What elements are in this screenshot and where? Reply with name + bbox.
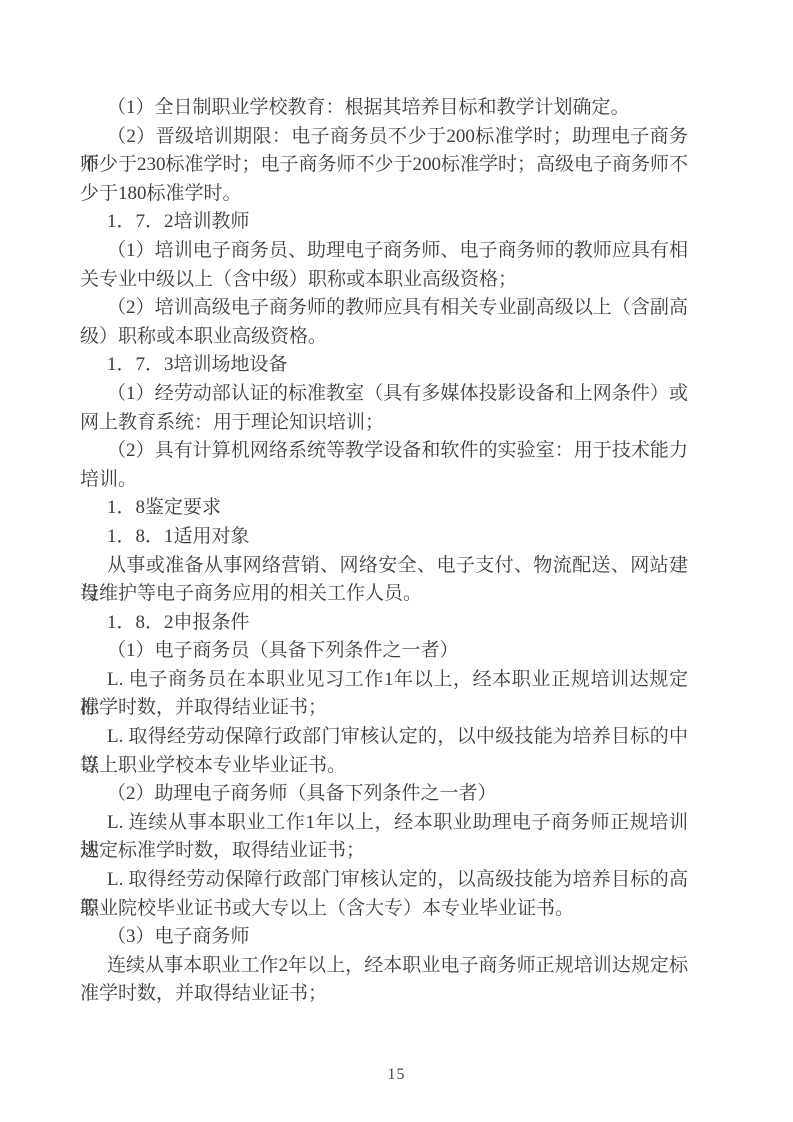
text-line: （2）晋级培训期限：电子商务员不少于200标准学时；助理电子商务师 xyxy=(80,123,688,152)
text-line: 连续从事本职业工作2年以上，经本职业电子商务师正规培训达规定标 xyxy=(80,952,688,981)
text-line: 1．7．2培训教师 xyxy=(80,208,688,237)
text-line: （1）电子商务员（具备下列条件之一者） xyxy=(80,637,688,666)
text-line: （2）助理电子商务师（具备下列条件之一者） xyxy=(80,780,688,809)
document-page: （1）全日制职业学校教育：根据其培养目标和教学计划确定。（2）晋级培训期限：电子… xyxy=(0,0,793,1122)
text-line: 关专业中级以上（含中级）职称或本职业高级资格； xyxy=(80,266,688,295)
text-line: L. 取得经劳动保障行政部门审核认定的，以高级技能为培养目标的高等 xyxy=(80,866,688,895)
text-line: 从事或准备从事网络营销、网络安全、电子支付、物流配送、网站建设 xyxy=(80,552,688,581)
text-line: 级）职称或本职业高级资格。 xyxy=(80,323,688,352)
text-line: 1．7．3培训场地设备 xyxy=(80,351,688,380)
text-line: 不少于230标准学时；电子商务师不少于200标准学时；高级电子商务师不 xyxy=(80,151,688,180)
text-line: （3）电子商务师 xyxy=(80,923,688,952)
text-line: 1．8．1适用对象 xyxy=(80,523,688,552)
text-line: （2）培训高级电子商务师的教师应具有相关专业副高级以上（含副高 xyxy=(80,294,688,323)
text-line: 1．8鉴定要求 xyxy=(80,494,688,523)
text-line: L. 取得经劳动保障行政部门审核认定的，以中级技能为培养目标的中等 xyxy=(80,723,688,752)
text-line: （1）培训电子商务员、助理电子商务师、电子商务师的教师应具有相 xyxy=(80,237,688,266)
text-line: L. 连续从事本职业工作1年以上，经本职业助理电子商务师正规培训达 xyxy=(80,809,688,838)
document-body: （1）全日制职业学校教育：根据其培养目标和教学计划确定。（2）晋级培训期限：电子… xyxy=(80,94,688,1009)
text-line: 少于180标准学时。 xyxy=(80,180,688,209)
text-line: （1）全日制职业学校教育：根据其培养目标和教学计划确定。 xyxy=(80,94,688,123)
text-line: 准学时数，并取得结业证书； xyxy=(80,980,688,1009)
text-line: 以上职业学校本专业毕业证书。 xyxy=(80,752,688,781)
text-line: （2）具有计算机网络系统等教学设备和软件的实验室：用于技术能力 xyxy=(80,437,688,466)
text-line: 准学时数，并取得结业证书； xyxy=(80,694,688,723)
text-line: L. 电子商务员在本职业见习工作1年以上，经本职业正规培训达规定标 xyxy=(80,666,688,695)
text-line: （1）经劳动部认证的标准教室（具有多媒体投影设备和上网条件）或 xyxy=(80,380,688,409)
text-line: 职业院校毕业证书或大专以上（含大专）本专业毕业证书。 xyxy=(80,895,688,924)
text-line: 规定标准学时数，取得结业证书； xyxy=(80,837,688,866)
text-line: 培训。 xyxy=(80,466,688,495)
page-number: 15 xyxy=(0,1066,793,1084)
text-line: 网上教育系统：用于理论知识培训； xyxy=(80,409,688,438)
text-line: 与维护等电子商务应用的相关工作人员。 xyxy=(80,580,688,609)
text-line: 1．8．2申报条件 xyxy=(80,609,688,638)
